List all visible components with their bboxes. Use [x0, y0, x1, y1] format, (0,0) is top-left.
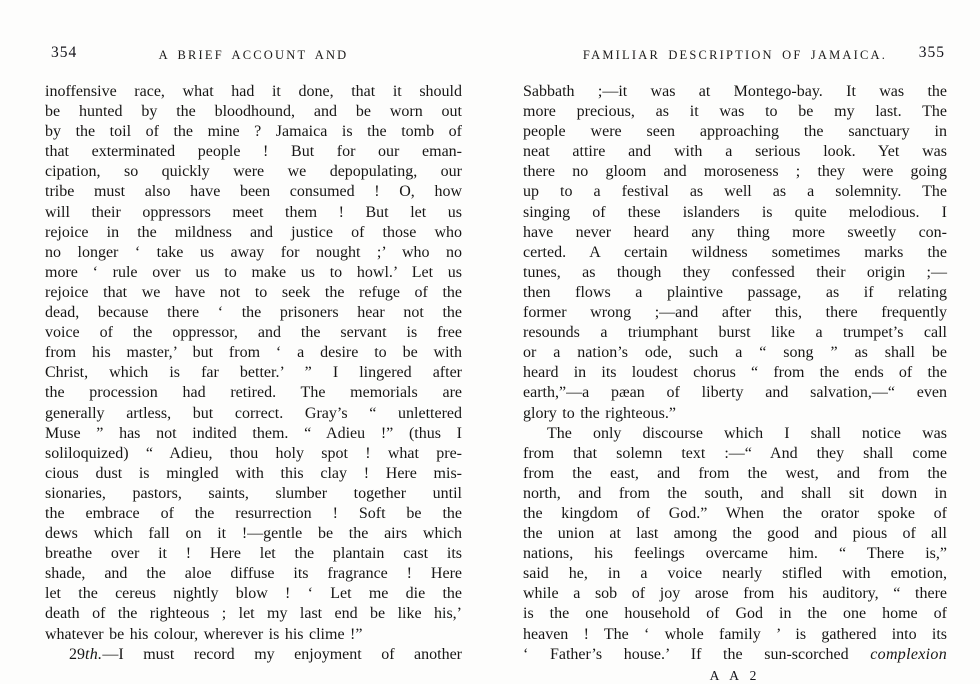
- right-running-header: FAMILIAR DESCRIPTION OF JAMAICA.: [583, 48, 887, 62]
- text-line: inoffensive race, what had it done, that…: [45, 82, 462, 102]
- text-line: north, and from the south, and shall sit…: [523, 484, 947, 504]
- text-line: there no gloom and moroseness ; they wer…: [523, 162, 947, 182]
- text-line: be hunted by the bloodhound, and be worn…: [45, 102, 462, 122]
- text-line: heaven ! The ‘ whole family ’ is gathere…: [523, 625, 947, 645]
- text-line: resounds a triumphant burst like a trump…: [523, 323, 947, 343]
- text-line: death of the righteous ; let my last end…: [45, 604, 462, 624]
- text-line: shade, and the aloe diffuse its fragranc…: [45, 564, 462, 584]
- text-line: said he, in a voice nearly stifled with …: [523, 564, 947, 584]
- text-line: breathe over it ! Here let the plantain …: [45, 544, 462, 564]
- text-line: Muse ” has not indited them. “ Adieu !” …: [45, 424, 462, 444]
- text-line: up to a festival as well as a solemnity.…: [523, 182, 947, 202]
- text-line: The only discourse which I shall notice …: [523, 424, 947, 444]
- text-line: the kingdom of God.” When the orator spo…: [523, 504, 947, 524]
- text-line: that exterminated people ! But for our e…: [45, 142, 462, 162]
- text-line: Sabbath ;—it was at Montego-bay. It was …: [523, 82, 947, 102]
- text-line: dews which fall on it !—gentle be the ai…: [45, 524, 462, 544]
- text-line: Christ, which is far better.’ ” I linger…: [45, 363, 462, 383]
- text-line: glory to the righteous.”: [523, 404, 947, 424]
- text-line: more precious, as it was to be my last. …: [523, 102, 947, 122]
- right-page: FAMILIAR DESCRIPTION OF JAMAICA. 355 Sab…: [523, 0, 947, 684]
- text-line: certed. A certain wildness sometimes mar…: [523, 243, 947, 263]
- text-line: the union at last among the good and pio…: [523, 524, 947, 544]
- text-line: no longer ‘ take us away for nought ;’ w…: [45, 243, 462, 263]
- text-line: from that solemn text :—“ And they shall…: [523, 444, 947, 464]
- text-line: have never heard any thing more sweetly …: [523, 223, 947, 243]
- text-line: soliloquized) “ Adieu, thou holy spot ! …: [45, 444, 462, 464]
- text-line: then flows a plaintive passage, as if re…: [523, 283, 947, 303]
- text-line: people were seen approaching the sanctua…: [523, 122, 947, 142]
- text-line: is the one household of God in the one h…: [523, 604, 947, 624]
- right-page-text: Sabbath ;—it was at Montego-bay. It was …: [523, 82, 947, 665]
- text-line: whatever be his colour, wherever is his …: [45, 625, 462, 645]
- text-line: earth,”—a pæan of liberty and salvation,…: [523, 383, 947, 403]
- left-page-number: 354: [51, 44, 77, 62]
- text-line: rejoice that we have not to seek the ref…: [45, 283, 462, 303]
- left-running-header: A BRIEF ACCOUNT AND: [159, 48, 349, 62]
- text-line: singing of these islanders is quite melo…: [523, 203, 947, 223]
- text-line: tunes, as though they confessed their or…: [523, 263, 947, 283]
- text-line: 29th.—I must record my enjoyment of anot…: [45, 645, 462, 665]
- text-line: from his master,’ but from ‘ a desire to…: [45, 343, 462, 363]
- text-line: or a nation’s ode, such a “ song ” as sh…: [523, 343, 947, 363]
- signature-mark: A A 2: [523, 668, 947, 684]
- text-line: the procession had retired. The memorial…: [45, 383, 462, 403]
- text-line: generally artless, but correct. Gray’s “…: [45, 404, 462, 424]
- text-line: rejoice in the mildness and justice of t…: [45, 223, 462, 243]
- book-spread: 354 A BRIEF ACCOUNT AND inoffensive race…: [0, 0, 980, 684]
- left-page: 354 A BRIEF ACCOUNT AND inoffensive race…: [45, 0, 462, 684]
- text-line: more ‘ rule over us to make us to howl.’…: [45, 263, 462, 283]
- text-line: voice of the oppressor, and the servant …: [45, 323, 462, 343]
- text-line: neat attire and with a serious look. Yet…: [523, 142, 947, 162]
- text-line: dead, because there ‘ the prisoners hear…: [45, 303, 462, 323]
- text-line: while a sob of joy arose from his audito…: [523, 584, 947, 604]
- text-line: cious dust is mingled with this clay ! H…: [45, 464, 462, 484]
- text-line: the embrace of the resurrection ! Soft b…: [45, 504, 462, 524]
- text-line: sionaries, pastors, saints, slumber toge…: [45, 484, 462, 504]
- text-line: will their oppressors meet them ! But le…: [45, 203, 462, 223]
- text-line: heard in its loudest chorus “ from the e…: [523, 363, 947, 383]
- text-line: from the east, and from the west, and fr…: [523, 464, 947, 484]
- right-page-header: FAMILIAR DESCRIPTION OF JAMAICA. 355: [523, 46, 947, 64]
- text-line: tribe must also have been consumed ! O, …: [45, 182, 462, 202]
- text-line: cipation, so quickly were we depopulatin…: [45, 162, 462, 182]
- text-line: by the toil of the mine ? Jamaica is the…: [45, 122, 462, 142]
- left-page-header: 354 A BRIEF ACCOUNT AND: [45, 46, 462, 64]
- left-page-text: inoffensive race, what had it done, that…: [45, 82, 462, 665]
- text-line: former wrong ;—and after this, there fre…: [523, 303, 947, 323]
- text-line: nations, his feelings overcame him. “ Th…: [523, 544, 947, 564]
- right-page-number: 355: [919, 44, 945, 62]
- text-line: ‘ Father’s house.’ If the sun-scorched c…: [523, 645, 947, 665]
- text-line: let the cereus nightly blow ! ‘ Let me d…: [45, 584, 462, 604]
